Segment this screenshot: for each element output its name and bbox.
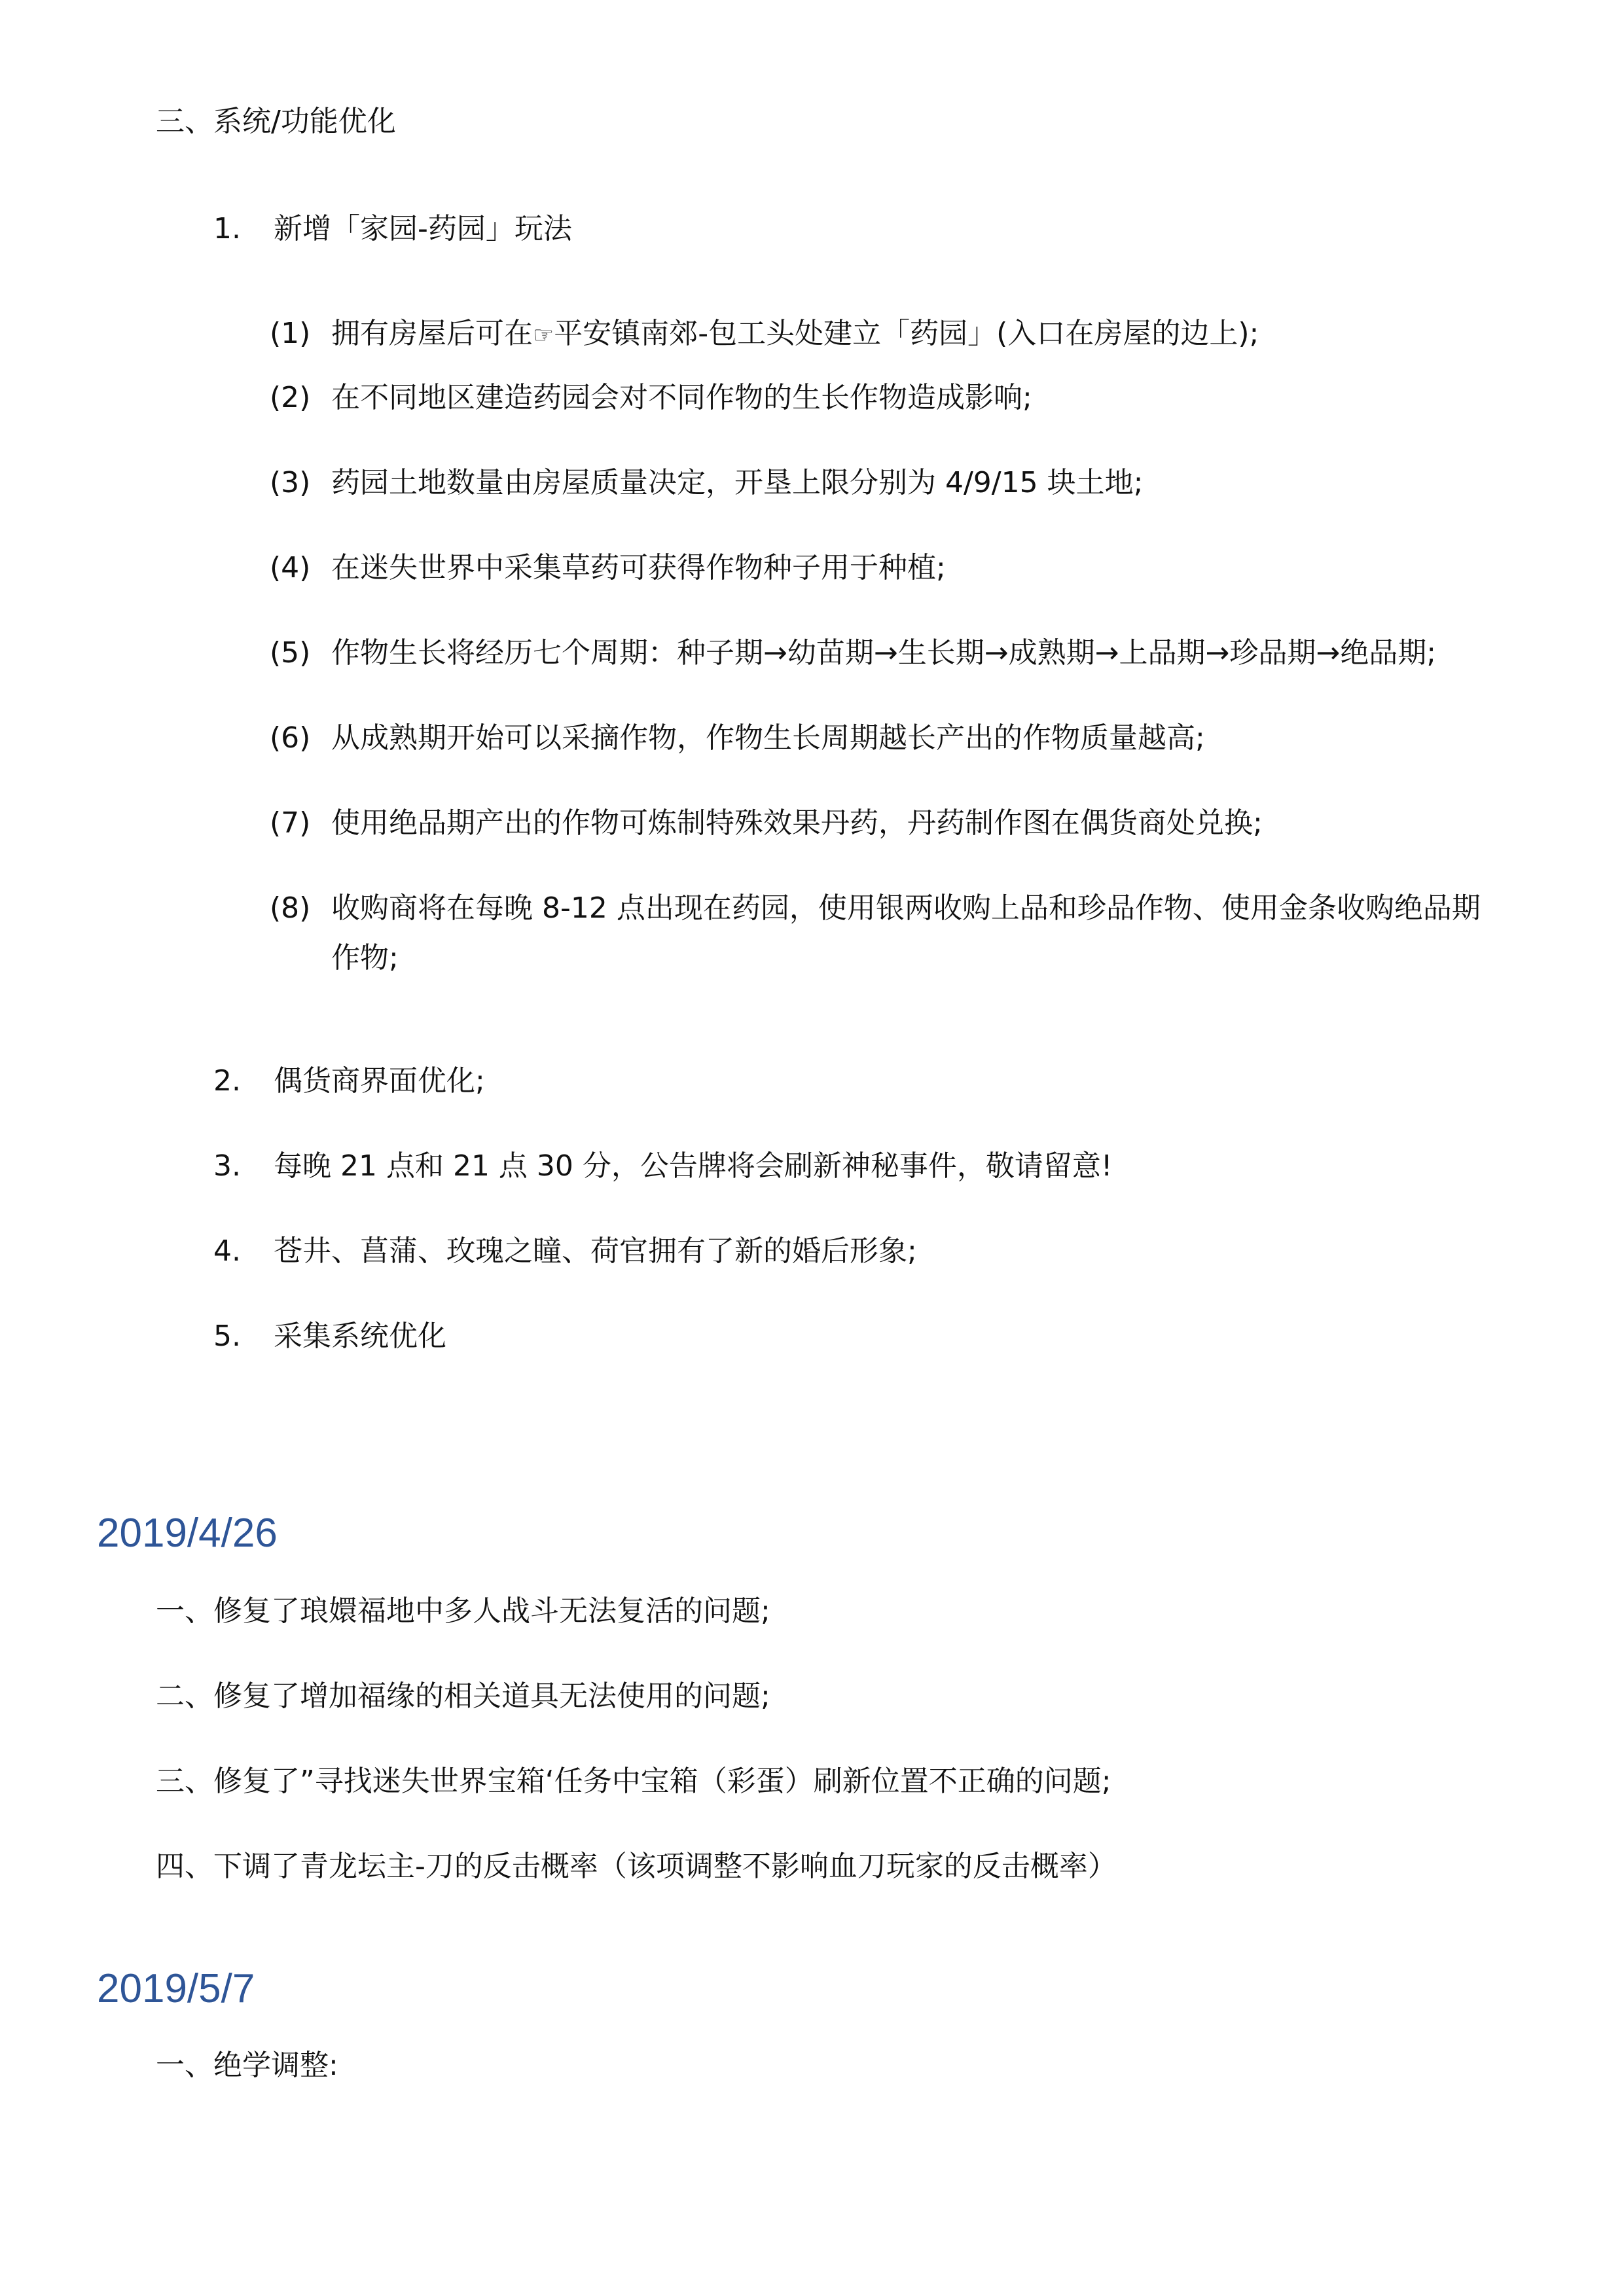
changelog-item: 二、修复了增加福缘的相关道具无法使用的问题; (156, 1678, 770, 1715)
sublist-item-text: 作物生长将经历七个周期：种子期→幼苗期→生长期→成熟期→上品期→珍品期→绝品期; (331, 635, 1436, 672)
pointing-hand-icon: ☞ (533, 322, 554, 349)
list-number: 5. (213, 1318, 241, 1355)
sublist-item-text: 从成熟期开始可以采摘作物，作物生长周期越长产出的作物质量越高; (331, 720, 1205, 757)
sublist-item: 拥有房屋后可在☞平安镇南郊-包工头处建立「药园」(入口在房屋的边上); (331, 315, 1259, 354)
list-number: 1. (213, 211, 241, 247)
list-item-text: 偶货商界面优化; (274, 1063, 485, 1100)
list-number: 4. (213, 1233, 241, 1270)
section-heading-system: 三、系统/功能优化 (156, 103, 396, 140)
sublist-number: (4) (270, 550, 310, 586)
list-item-text: 每晚 21 点和 21 点 30 分，公告牌将会刷新神秘事件，敬请留意! (274, 1148, 1113, 1185)
date-heading: 2019/4/26 (97, 1511, 278, 1556)
sublist-item-text: 使用绝品期产出的作物可炼制特殊效果丹药，丹药制作图在偶货商处兑换; (331, 805, 1263, 842)
sublist-item-text: 平安镇南郊-包工头处建立「药园」(入口在房屋的边上); (554, 317, 1259, 350)
date-heading: 2019/5/7 (97, 1966, 255, 2012)
sublist-item-text: 收购商将在每晚 8-12 点出现在药园，使用银两收购上品和珍品作物、使用金条收购… (331, 890, 1481, 927)
sublist-number: (3) (270, 465, 310, 501)
sublist-item-text-continued: 作物; (331, 940, 399, 977)
changelog-item: 四、下调了青龙坛主-刀的反击概率（该项调整不影响血刀玩家的反击概率） (156, 1848, 1117, 1885)
list-item-text: 新增「家园-药园」玩法 (274, 211, 572, 247)
list-item-text: 苍井、菖蒲、玫瑰之瞳、荷官拥有了新的婚后形象; (274, 1233, 917, 1270)
sublist-number: (2) (270, 380, 310, 416)
sublist-number: (8) (270, 890, 310, 927)
changelog-item: 一、修复了琅嬛福地中多人战斗无法复活的问题; (156, 1593, 770, 1630)
list-item-text: 采集系统优化 (274, 1318, 446, 1355)
sublist-item-text: 药园土地数量由房屋质量决定，开垦上限分别为 4/9/15 块土地; (331, 465, 1143, 501)
changelog-item: 一、绝学调整: (156, 2047, 338, 2084)
sublist-number: (6) (270, 720, 310, 757)
list-number: 2. (213, 1063, 241, 1100)
list-number: 3. (213, 1148, 241, 1185)
sublist-item-text: 在不同地区建造药园会对不同作物的生长作物造成影响; (331, 380, 1032, 416)
sublist-number: (7) (270, 805, 310, 842)
changelog-item: 三、修复了”寻找迷失世界宝箱‘任务中宝箱（彩蛋）刷新位置不正确的问题; (156, 1763, 1111, 1800)
sublist-number: (5) (270, 635, 310, 672)
sublist-item-text: 拥有房屋后可在 (331, 317, 533, 350)
sublist-number: (1) (270, 315, 310, 352)
sublist-item-text: 在迷失世界中采集草药可获得作物种子用于种植; (331, 550, 946, 586)
